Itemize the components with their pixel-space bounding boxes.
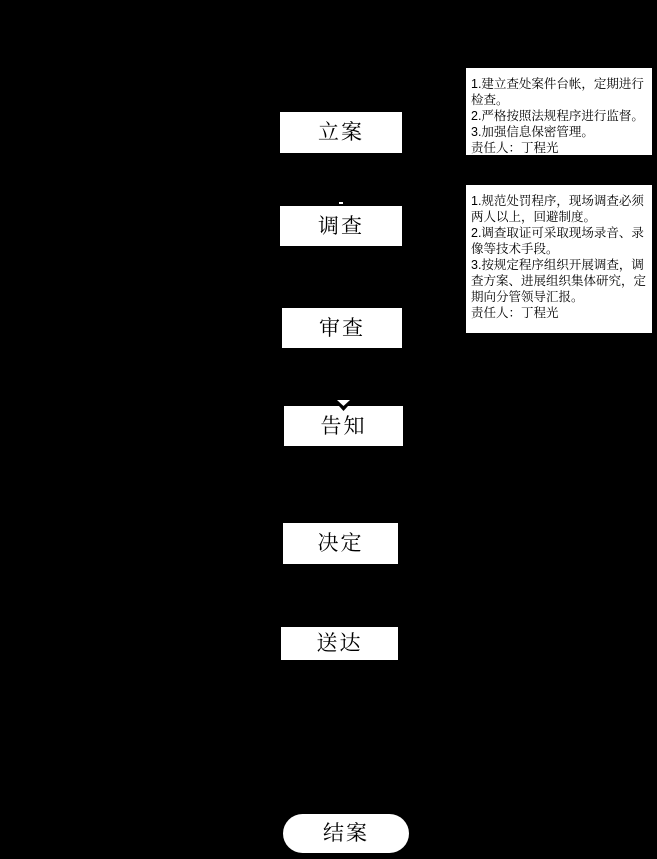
flow-step-delivery: 送达 [281,627,398,660]
flow-step-review: 审查 [282,308,402,348]
flow-step-investigation: 调查 [280,206,402,246]
flow-step-decision: 决定 [283,523,398,564]
arrowhead-remnant-icon [339,202,343,204]
note-investigation-duties: 1.规范处罚程序，现场调查必须 两人以上，回避制度。 2.调查取证可采取现场录音… [466,185,652,333]
flow-step-closing: 结案 [283,814,409,853]
note-filing-duties: 1.建立查处案件台帐，定期进行 检查。 2.严格按照法规程序进行监督。 3.加强… [466,68,652,155]
flow-step-filing: 立案 [280,112,402,153]
flowchart-canvas: 立案 调查 审查 告知 决定 送达 结案 1.建立查处案件台帐，定期进行 检查。… [0,0,657,859]
flow-step-notification: 告知 [284,406,403,446]
